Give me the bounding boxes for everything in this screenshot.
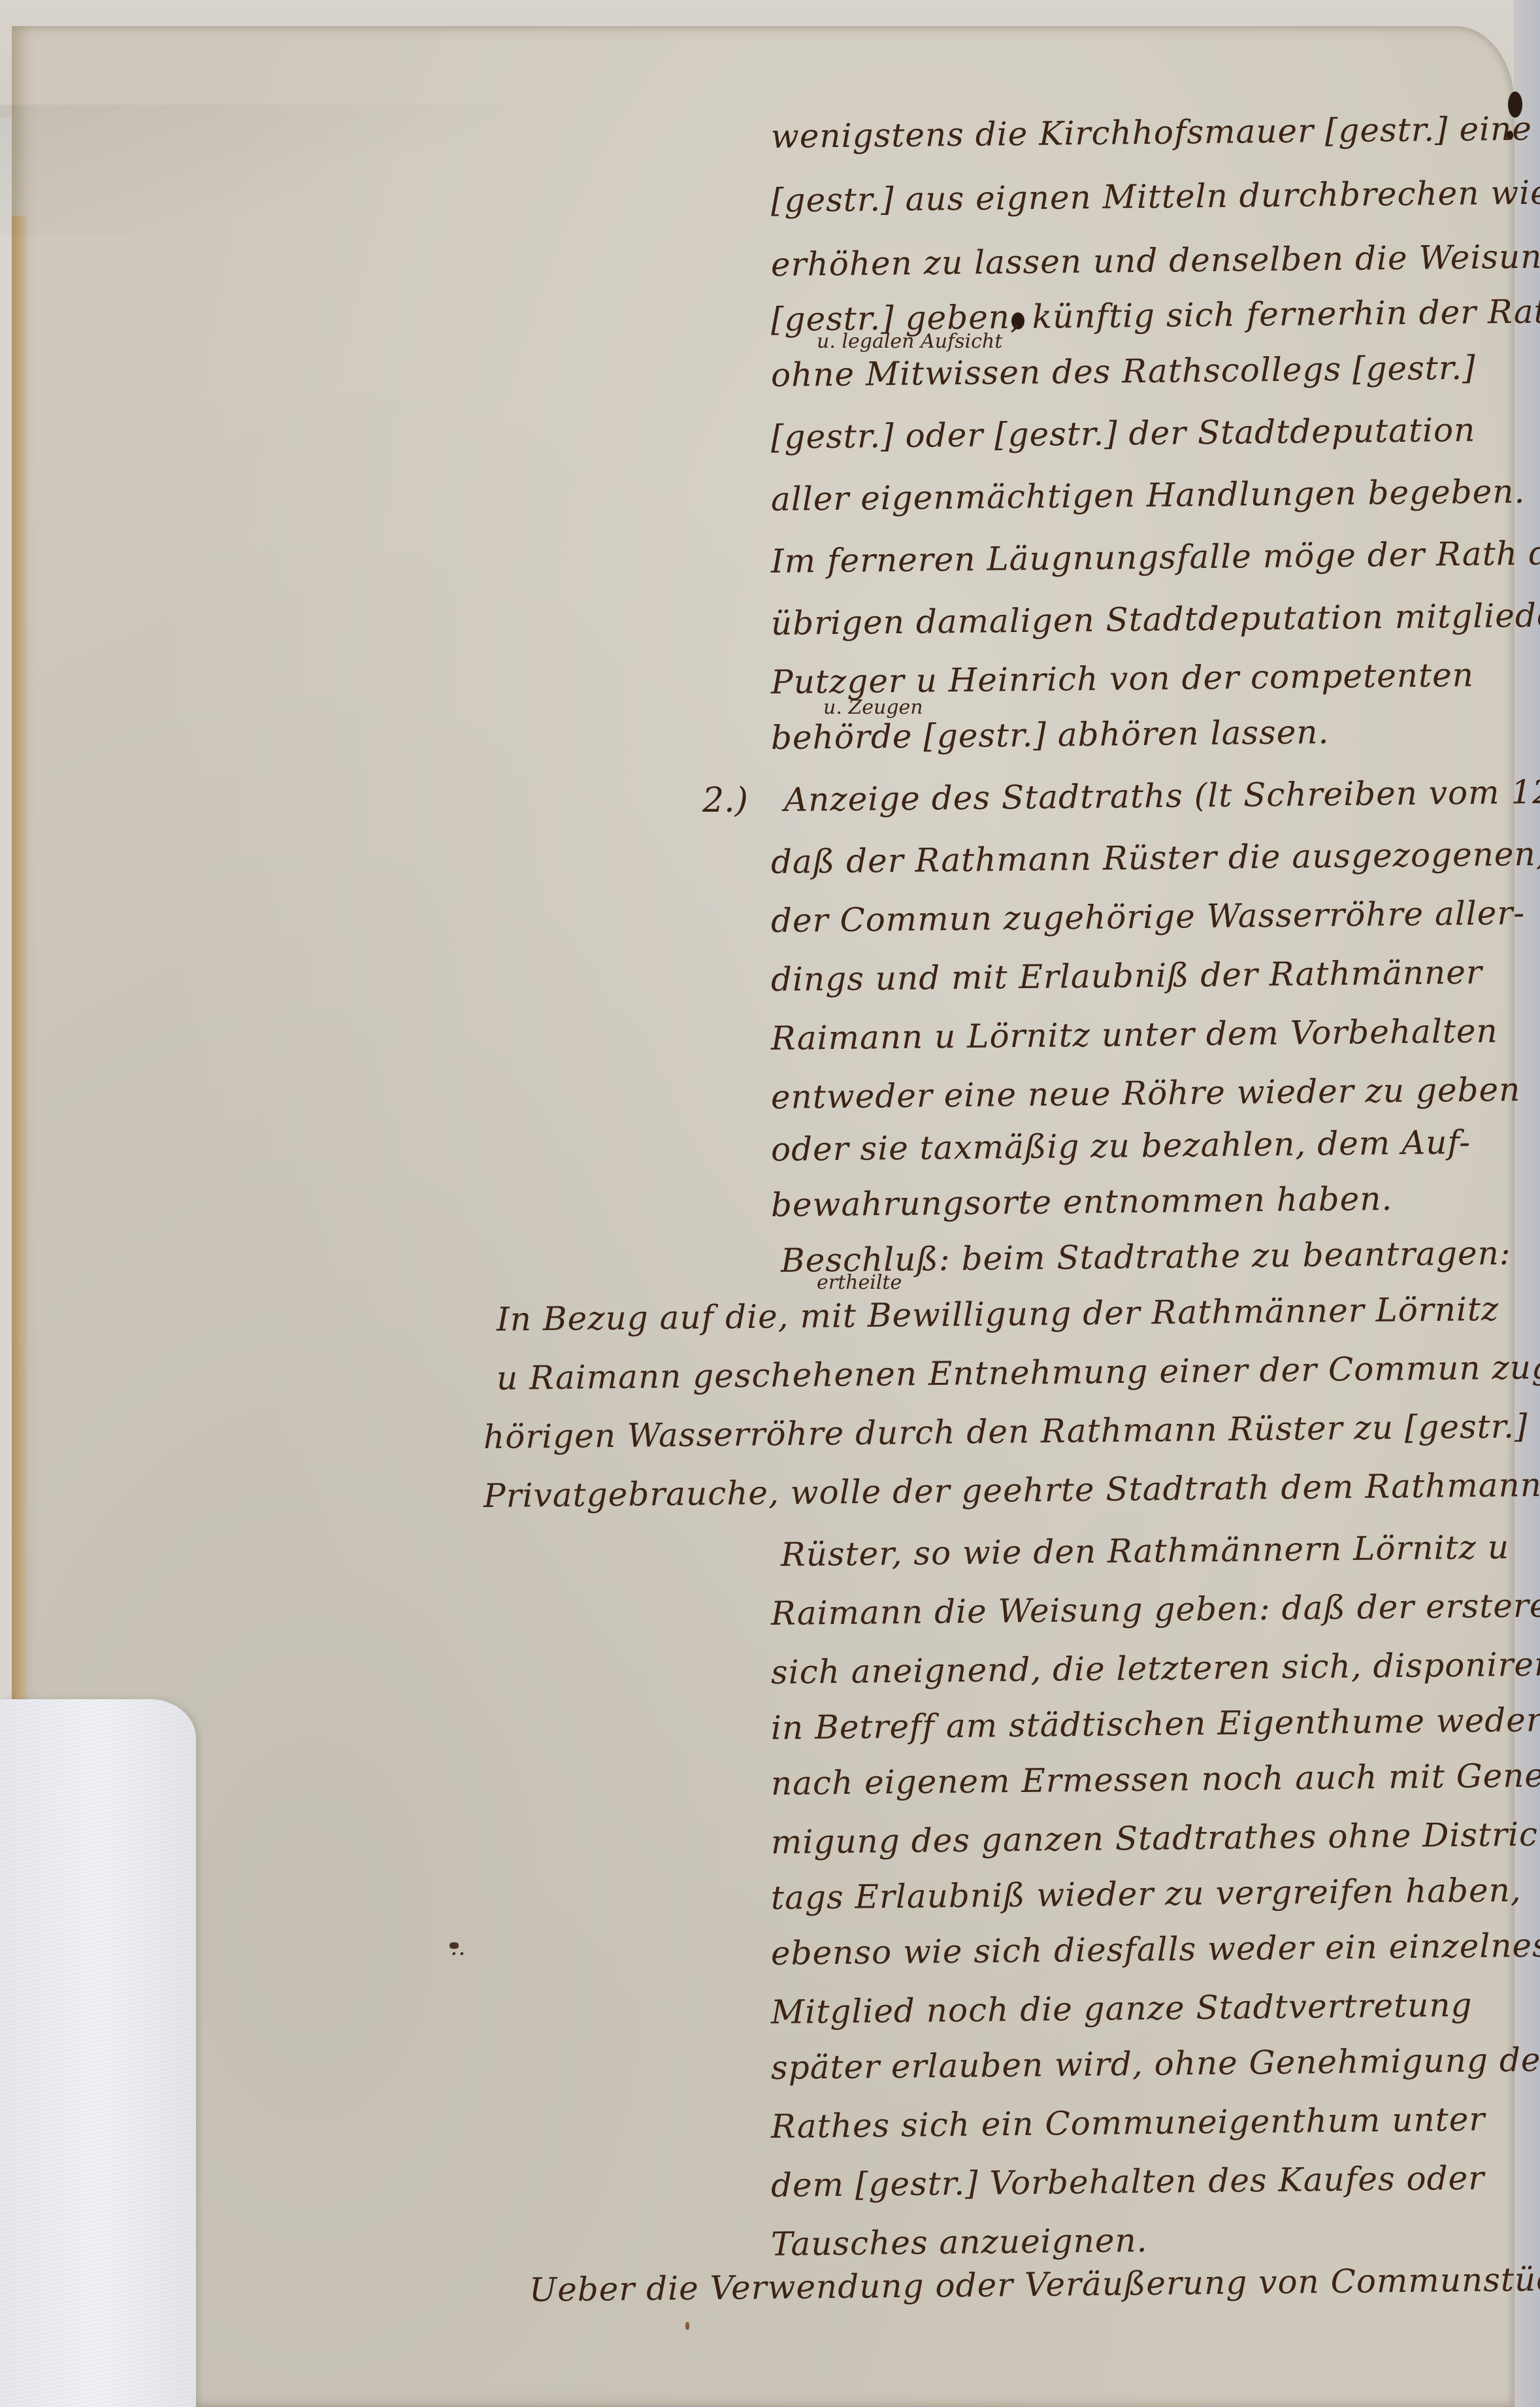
page-edge-stain	[12, 216, 29, 1706]
text-line: später erlauben wird, ohne Genehmigung d…	[771, 2040, 1540, 2087]
text-line: aller eigenmächtigen Handlungen begeben.	[771, 473, 1526, 518]
text-line: nach eigenem Ermessen noch auch mit Gene…	[771, 1756, 1540, 1802]
text-line: Raimann u Lörnitz unter dem Vorbehalten	[771, 1012, 1498, 1057]
text-line: dem [gestr.] Vorbehalten des Kaufes oder	[771, 2159, 1485, 2204]
text-line: ohne Mitwissen des Rathscollegs [gestr.]	[771, 349, 1476, 394]
text-line: der Commun zugehörige Wasserröhre aller-	[771, 894, 1526, 940]
text-line: Raimann die Weisung geben: daß der erste…	[771, 1587, 1540, 1633]
text-line: in Betreff am städtischen Eigenthume wed…	[771, 1701, 1540, 1747]
text-line: Rathes sich ein Communeigenthum unter	[771, 2100, 1486, 2146]
text-line: Im ferneren Läugnungsfalle möge der Rath…	[771, 534, 1540, 580]
paper-speck	[685, 2322, 689, 2330]
text-line: Mitglied noch die ganze Stadtvertretung	[771, 1986, 1473, 2031]
text-line: [gestr.] aus eignen Mitteln durchbrechen…	[771, 173, 1540, 220]
text-line: erhöhen zu lassen und denselben die Weis…	[771, 237, 1540, 284]
text-line: entweder eine neue Röhre wieder zu geben	[771, 1071, 1521, 1116]
white-glove	[0, 1699, 196, 2407]
interlinear-note: u. legalen Aufsicht	[817, 330, 1002, 353]
text-line: daß der Rathmann Rüster die ausgezogenen…	[771, 835, 1540, 881]
interlinear-note: ertheilte	[817, 1271, 902, 1294]
page-fold-shadow	[0, 105, 588, 235]
text-line: Rüster, so wie den Rathmännern Lörnitz u	[781, 1528, 1510, 1574]
text-line: bewahrungsorte entnommen haben.	[771, 1180, 1393, 1224]
paper-speck	[450, 1942, 459, 1949]
text-line: ebenso wie sich diesfalls weder ein einz…	[771, 1927, 1540, 1972]
text-line: dings und mit Erlaubniß der Rathmänner	[771, 954, 1483, 999]
text-line: oder sie taxmäßig zu bezahlen, dem Auf-	[771, 1123, 1471, 1169]
text-line: sich aneignend, die letzteren sich, disp…	[771, 1645, 1540, 1691]
text-line: behörde [gestr.] abhören lassen.	[771, 713, 1330, 757]
text-line: Tausches anzueignen.	[771, 2221, 1148, 2263]
text-line: tags Erlaubniß wieder zu vergreifen habe…	[771, 1871, 1522, 1917]
item-number-marker: 2.)	[702, 781, 748, 820]
interlinear-note: u. Zeugen	[823, 696, 923, 719]
text-line: übrigen damaligen Stadtdeputation mitgli…	[771, 596, 1540, 642]
text-line: migung des ganzen Stadtrathes ohne Distr…	[771, 1815, 1540, 1861]
text-line: [gestr.] oder [gestr.] der Stadtdeputati…	[771, 411, 1476, 456]
text-line: Putzger u Heinrich von der competenten	[771, 656, 1474, 701]
